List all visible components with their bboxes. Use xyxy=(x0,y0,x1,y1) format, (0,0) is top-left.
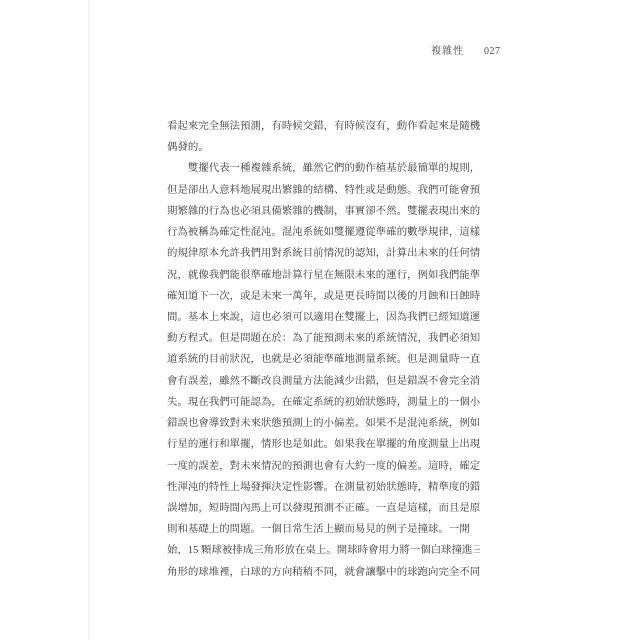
page-edge-line xyxy=(88,0,90,640)
text-line: 的規律原本允許我們用對系統目前情況的認知，計算出未來的任何情 xyxy=(167,243,480,264)
text-line: 誤增加，短時間內馬上可以發現預測不正確。一直是這樣，而且是原 xyxy=(167,498,480,519)
text-line: 性渾沌的特性上場發揮決定性影響。在測量初始狀態時，精準度的錯 xyxy=(167,477,480,498)
running-head: 複雜性 027 xyxy=(431,42,501,57)
text-line: 始，15 顆球被排成三角形放在桌上。開球時會用力將一個白球撞進三 xyxy=(167,540,480,561)
text-line: 則和基礎上的問題。一個日常生活上顯而易見的例子是撞球。一開 xyxy=(167,519,480,540)
text-line: 會有誤差，雖然不斷改良測量方法能減少出錯，但是錯誤不會完全消 xyxy=(167,371,480,392)
text-line: 看起來完全無法預測，有時候交錯，有時候沒有，動作看起來是隨機 xyxy=(167,116,480,137)
text-line: 錯誤也會導致對未來狀態預測上的小偏差。如果不是混沌系統，例如 xyxy=(167,413,480,434)
text-line: 行為被稱為確定性混沌。混沌系統如雙擺遵從準確的數學規律，這樣 xyxy=(167,222,480,243)
text-line: 動方程式。但是問題在於：為了能預測未來的系統情況，我們必須知 xyxy=(167,328,480,349)
text-line: 角形的球堆裡，白球的方向稍稍不同，就會讓擊中的球跑向完全不同 xyxy=(167,562,480,583)
text-line: 一度的誤差，對未來情況的預測也會有大約一度的偏差。這時，確定 xyxy=(167,456,480,477)
text-line: 雙擺代表一種複雜系統，雖然它們的動作植基於最簡單的規則， xyxy=(167,158,480,179)
text-line: 道系統的目前狀況，也就是必須能準確地測量系統。但是測量時一直 xyxy=(167,349,480,370)
text-line: 偶發的。 xyxy=(167,137,480,158)
text-line: 況，就像我們能很準確地計算行星在無限未來的運行，例如我們能準 xyxy=(167,265,480,286)
text-line: 確知道下一次，或是未來一萬年，或是更長時間以後的月蝕和日蝕時 xyxy=(167,286,480,307)
chapter-title: 複雜性 xyxy=(431,42,464,57)
text-line: 行星的運行和單擺，情形也是如此。如果我在單擺的角度測量上出現 xyxy=(167,434,480,455)
text-line: 期繁雜的行為也必須具備繁雜的機制，事實卻不然。雙擺表現出來的 xyxy=(167,201,480,222)
text-line: 但是卻出人意料地展現出繁雜的結構、特性或是動態。我們可能會預 xyxy=(167,180,480,201)
body-text: 看起來完全無法預測，有時候交錯，有時候沒有，動作看起來是隨機 偶發的。 雙擺代表… xyxy=(167,116,480,583)
book-page: 複雜性 027 看起來完全無法預測，有時候交錯，有時候沒有，動作看起來是隨機 偶… xyxy=(0,0,640,640)
text-line: 間。基本上來說，這也必須可以適用在雙擺上，因為我們已經知道運 xyxy=(167,307,480,328)
page-number: 027 xyxy=(484,46,501,57)
text-line: 失。現在我們可能認為，在確定系統的初始狀態時，測量上的一個小 xyxy=(167,392,480,413)
